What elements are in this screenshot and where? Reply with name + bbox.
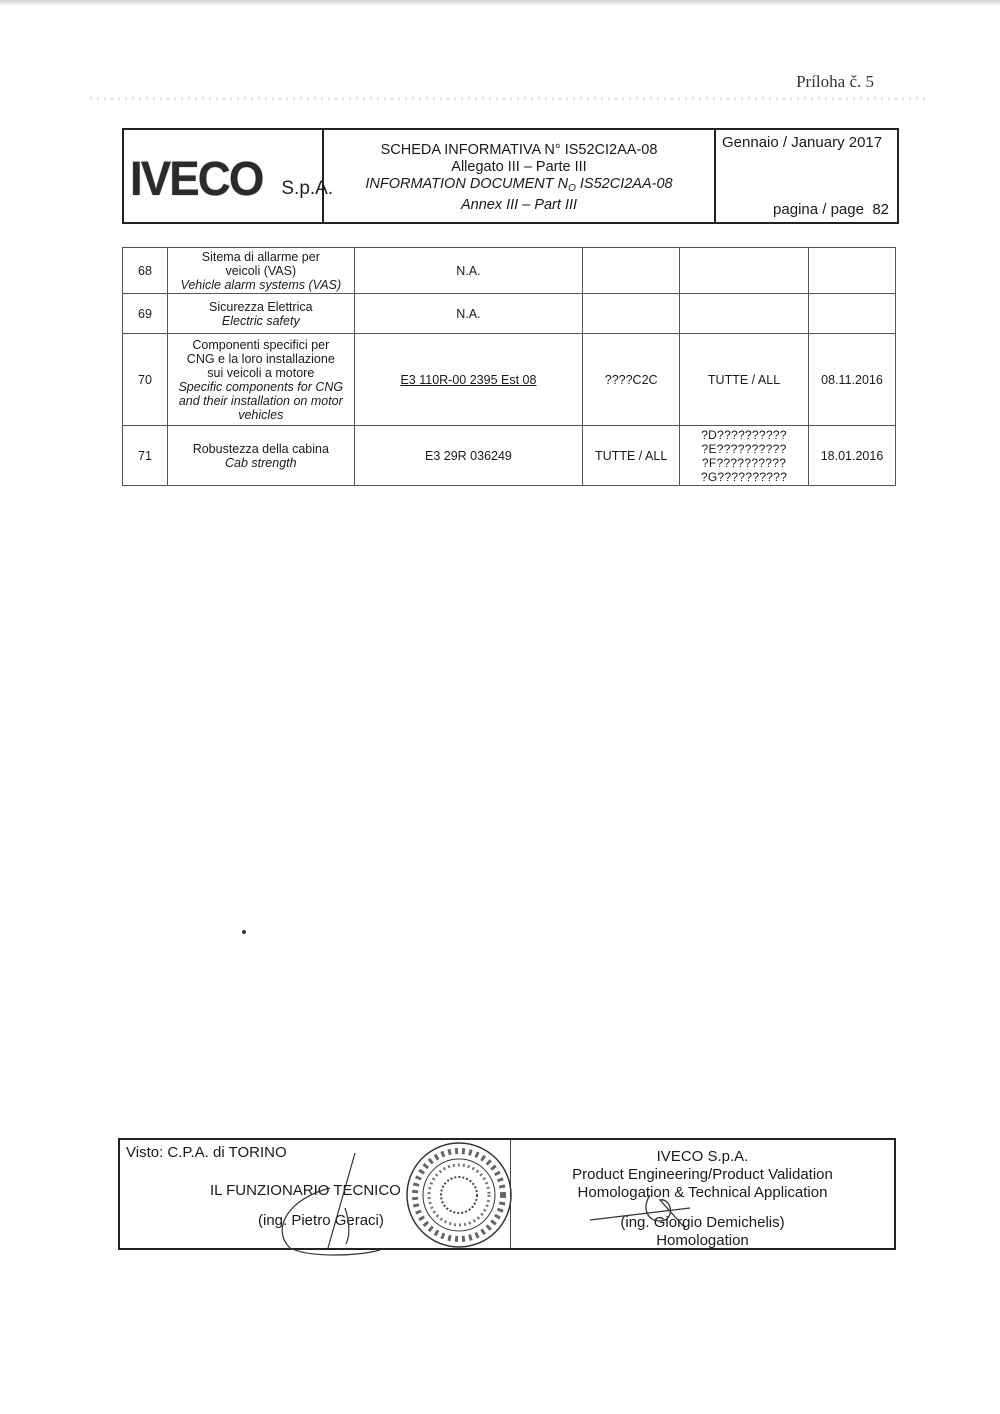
page-number: pagina / page 82 <box>773 201 889 218</box>
scope-cell <box>680 248 809 294</box>
signatory-role: Homologation <box>511 1232 894 1250</box>
row-number: 71 <box>123 426 168 486</box>
title-line-3: INFORMATION DOCUMENT NO IS52CI2AA-08 <box>324 176 714 197</box>
handwritten-signature-left <box>250 1148 390 1258</box>
document-header: IVECO S.p.A. SCHEDA INFORMATIVA N° IS52C… <box>122 128 899 224</box>
department-line-1: Product Engineering/Product Validation <box>511 1166 894 1184</box>
document-date: Gennaio / January 2017 <box>722 134 882 151</box>
official-stamp-icon <box>404 1140 514 1250</box>
scan-top-edge <box>0 0 1000 6</box>
reference-cell: E3 110R-00 2395 Est 08 <box>354 334 583 426</box>
scope-cell: TUTTE / ALL <box>680 334 809 426</box>
subject-cell: Sicurezza ElettricaElectric safety <box>167 294 354 334</box>
table-row: 69Sicurezza ElettricaElectric safetyN.A. <box>123 294 896 334</box>
iveco-logo: IVECO <box>130 156 262 204</box>
title-line-2: Allegato III – Parte III <box>324 159 714 176</box>
variant-cell <box>583 248 680 294</box>
visto-label: Visto: C.P.A. di TORINO <box>126 1144 287 1161</box>
row-number: 70 <box>123 334 168 426</box>
row-number: 68 <box>123 248 168 294</box>
reference-cell: N.A. <box>354 248 583 294</box>
variant-cell <box>583 294 680 334</box>
title-line-1: SCHEDA INFORMATIVA N° IS52CI2AA-08 <box>324 142 714 159</box>
subject-cell: Componenti specifici perCNG e la loro in… <box>167 334 354 426</box>
date-cell: 18.01.2016 <box>809 426 896 486</box>
company-logo-cell: IVECO S.p.A. <box>124 130 324 222</box>
signature-left: Visto: C.P.A. di TORINO IL FUNZIONARIO T… <box>120 1140 511 1248</box>
date-cell: 08.11.2016 <box>809 334 896 426</box>
subject-cell: Sitema di allarme perveicoli (VAS)Vehicl… <box>167 248 354 294</box>
variant-cell: TUTTE / ALL <box>583 426 680 486</box>
variant-cell: ????C2C <box>583 334 680 426</box>
scan-dot <box>242 930 246 934</box>
official-name: (ing. Pietro Geraci) <box>258 1212 384 1229</box>
document-meta-cell: Gennaio / January 2017 pagina / page 82 <box>716 130 897 222</box>
reference-cell: E3 29R 036249 <box>354 426 583 486</box>
date-cell <box>809 294 896 334</box>
scan-noise <box>90 97 930 100</box>
items-table: 68Sitema di allarme perveicoli (VAS)Vehi… <box>122 247 896 486</box>
annex-label: Príloha č. 5 <box>796 72 874 92</box>
official-role: IL FUNZIONARIO TECNICO <box>210 1182 401 1199</box>
table-row: 70Componenti specifici perCNG e la loro … <box>123 334 896 426</box>
table-row: 71Robustezza della cabinaCab strengthE3 … <box>123 426 896 486</box>
row-number: 69 <box>123 294 168 334</box>
company-name: IVECO S.p.A. <box>511 1148 894 1166</box>
signature-block: Visto: C.P.A. di TORINO IL FUNZIONARIO T… <box>118 1138 896 1250</box>
signatory-name: (ing. Giorgio Demichelis) <box>511 1214 894 1232</box>
subject-cell: Robustezza della cabinaCab strength <box>167 426 354 486</box>
reference-cell: N.A. <box>354 294 583 334</box>
department-line-2: Homologation & Technical Application <box>511 1184 894 1202</box>
title-line-4: Annex III – Part III <box>324 197 714 214</box>
signature-right: IVECO S.p.A. Product Engineering/Product… <box>511 1140 894 1248</box>
date-cell <box>809 248 896 294</box>
scope-cell <box>680 294 809 334</box>
document-title-cell: SCHEDA INFORMATIVA N° IS52CI2AA-08 Alleg… <box>324 130 716 222</box>
scope-cell: ?D???????????E???????????F???????????G??… <box>680 426 809 486</box>
table-row: 68Sitema di allarme perveicoli (VAS)Vehi… <box>123 248 896 294</box>
